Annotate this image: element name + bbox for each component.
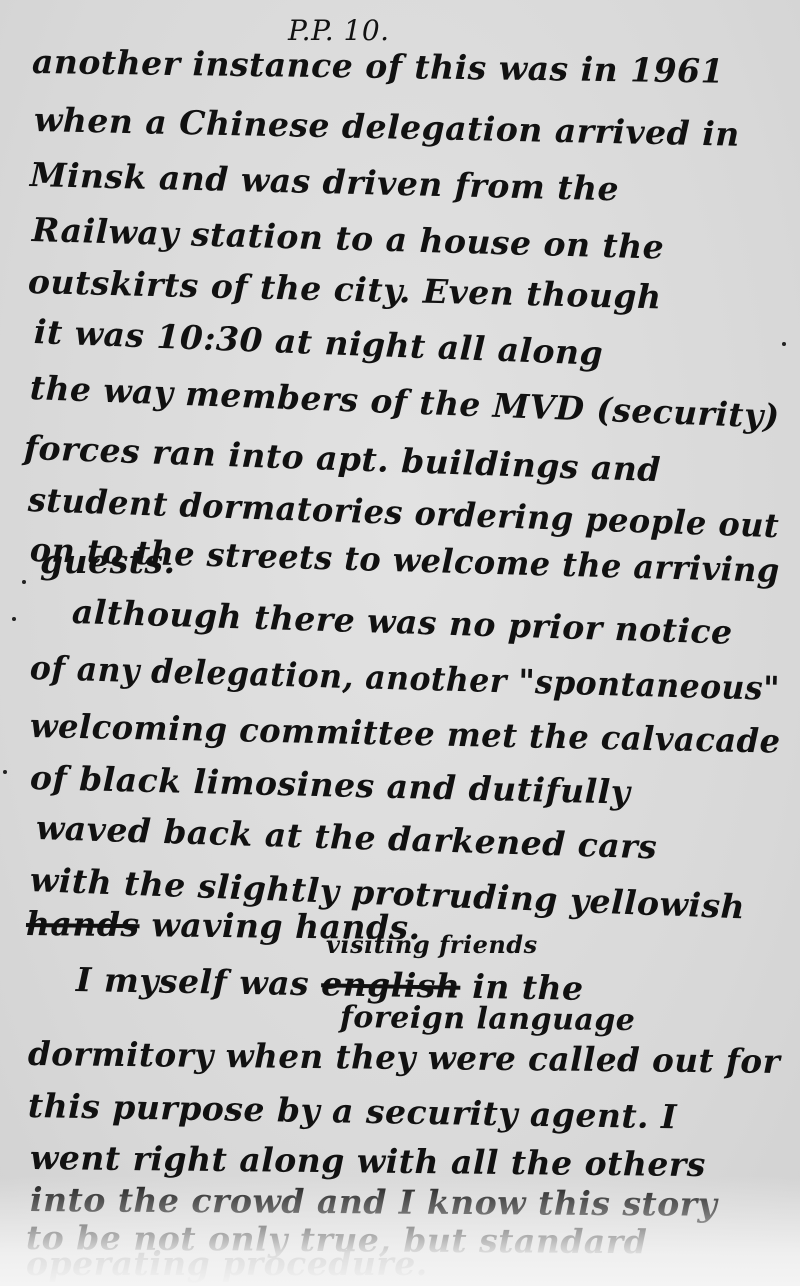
page-number: P.P. 10. (288, 14, 390, 47)
text-line: Railway station to a house on the (31, 210, 664, 267)
text-line: outskirts of the city. Even though (28, 262, 662, 316)
text-line: although there was no prior notice (71, 592, 733, 652)
margin-dot (12, 617, 16, 621)
text-line: this purpose by a security agent. I (28, 1086, 678, 1136)
text-line: it was 10:30 at night all along (33, 312, 604, 373)
text-line: foreign language (340, 1000, 636, 1038)
text-line: the way members of the MVD (security) (29, 368, 780, 436)
text-line: when a Chinese delegation arrived in (34, 100, 741, 154)
text-line: dormitory when they were called out for (28, 1034, 781, 1081)
insertion-text: visiting friends (326, 930, 538, 959)
margin-dot (782, 342, 786, 346)
text-line: waved back at the darkened cars (35, 808, 657, 867)
text-line: guests. (40, 542, 175, 581)
text-line: into the crowd and I know this story (30, 1180, 718, 1224)
text-line: of black limosines and dutifully (30, 758, 631, 812)
handwritten-page: P.P. 10. another instance of this was in… (0, 0, 800, 1286)
text-line: another instance of this was in 1961 (32, 42, 725, 91)
text-line: welcoming committee met the calvacade (30, 706, 781, 761)
text-line: operating procedure. (26, 1244, 428, 1283)
struck-word: hands (26, 904, 140, 944)
line-prefix: I myself was (76, 960, 310, 1003)
text-line: forces ran into apt. buildings and (23, 428, 661, 489)
text-line: of any delegation, another "spontaneous" (29, 648, 780, 708)
text-line: went right along with all the others (30, 1138, 706, 1184)
text-line-with-strikeout: I myself was english in the (76, 960, 584, 1008)
margin-dot (3, 770, 7, 774)
text-line: Minsk and was driven from the (30, 155, 620, 208)
margin-dot (22, 580, 26, 584)
